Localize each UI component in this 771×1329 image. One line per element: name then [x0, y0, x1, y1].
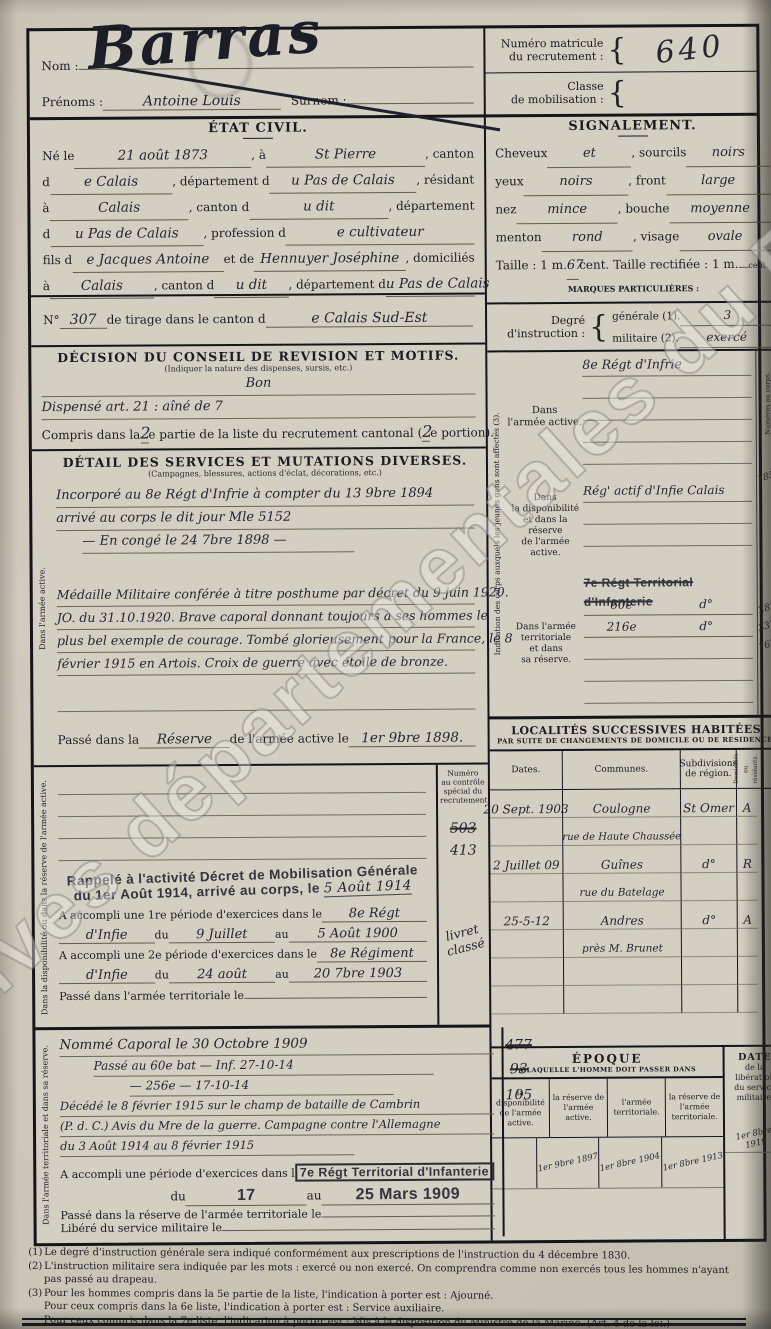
- tirage-canton: e Calais Sud-Est: [311, 310, 427, 327]
- corps-dispo-label: Dans la disponibilité et dans la réserve…: [507, 493, 583, 559]
- loc-commune: Coulogne: [593, 801, 651, 816]
- mutation-line: — 256e — 17-10-14: [130, 1075, 394, 1097]
- loc-date: 25-5-12: [504, 914, 550, 929]
- birth-departement: u Pas de Calais: [291, 172, 395, 189]
- periode1-fin: 5 Août 1900: [317, 926, 398, 941]
- printed-text: , département: [388, 194, 474, 219]
- passe-reserve-word: Réserve: [157, 731, 212, 747]
- printed-text: yeux: [495, 168, 524, 194]
- printed-text: cent.: [748, 253, 768, 279]
- printed-text: , front: [628, 167, 666, 193]
- ruled-line: [584, 659, 753, 682]
- printed-text: A accompli une période d'exercices dans …: [60, 1167, 295, 1181]
- medaille-line: plus bel exemple de courage. Tombé glori…: [57, 628, 475, 654]
- tirage-number: 307: [70, 312, 97, 328]
- epoque-col-header: l'armée territoriale.: [607, 1078, 665, 1136]
- residence-commune: Calais: [98, 200, 140, 216]
- corps-active-entries: 8e Régt d'Infrie: [582, 353, 752, 480]
- printed-text: , visage: [633, 223, 680, 249]
- printed-text: Compris dans la: [42, 428, 141, 443]
- corps-terr-entries: 7e Régt Territorial d'Infanterie 60ed° 2…: [584, 571, 754, 716]
- section-etat-civil: ÉTAT CIVIL. Né le21 août 1873, àSt Pierr…: [30, 114, 485, 295]
- section-tirage: N°307de tirage dans le canton de Calais …: [31, 292, 485, 345]
- printed-text: nez: [495, 196, 516, 222]
- medaille-line: JO. du 31.10.1920. Brave caporal donnant…: [57, 605, 475, 631]
- controle-number-struck: 477: [505, 1037, 532, 1053]
- corps-terr-block: Dans l'armée territoriale et dans sa rés…: [508, 571, 754, 716]
- nom-label: Nom :: [41, 59, 78, 73]
- localites-row: 25-5-12Andresd°A: [491, 901, 771, 931]
- printed-text: , canton: [425, 142, 474, 166]
- parents-commune: Calais: [81, 278, 123, 294]
- left-column: ÉTAT CIVIL. Né le21 août 1873, àSt Pierr…: [30, 114, 493, 1243]
- corps-main: Dans l'armée active. 8e Régt d'Infrie: [504, 351, 757, 717]
- arrivee-date: 5 Août 1914: [324, 877, 412, 897]
- unit-number: 60e: [610, 598, 632, 612]
- body-columns: ÉTAT CIVIL. Né le21 août 1873, àSt Pierr…: [30, 113, 764, 1243]
- livret-classe-note: livret classé: [438, 919, 490, 959]
- section-decision: DÉCISION DU CONSEIL DE REVISION ET MOTIF…: [31, 342, 486, 449]
- printed-text: d: [42, 222, 50, 246]
- col-header-communes: Communes.: [562, 750, 680, 789]
- periode1-regiment: 8e Régt: [349, 906, 400, 921]
- corps-entry: Rég' actif d'Infie Calais: [583, 479, 752, 503]
- residence-canton: u dit: [303, 198, 334, 214]
- printed-text: au: [275, 928, 289, 941]
- corps-number: 1858: [756, 467, 771, 485]
- instruction-generale-value: 3: [724, 308, 732, 322]
- military-record-scan: Nom : Prénoms : Antoine Louis Surnom : B…: [0, 0, 771, 1329]
- section-localites: LOCALITÉS SUCCESSIVES HABITÉES PAR SUITE…: [489, 715, 771, 1047]
- passe-reserve-date: 1er 9bre 1898.: [361, 730, 463, 747]
- decision-title: DÉCISION DU CONSEIL DE REVISION ET MOTIF…: [41, 348, 475, 366]
- service-entry: arrivé au corps le dit jour Mle 5152: [56, 506, 474, 532]
- localites-header-row: Dates. Communes. Subdivisions de région.…: [490, 750, 771, 791]
- margin-label-disponibilite: Dans la disponibilité ou dans la réserve…: [39, 780, 50, 1015]
- printed-text: , sourcils: [631, 139, 686, 165]
- birth-date: 21 août 1873: [118, 147, 209, 164]
- services-margin: Dans l'armée active.: [33, 451, 53, 765]
- printed-text: , à: [251, 143, 266, 167]
- birth-place: St Pierre: [315, 146, 376, 162]
- printed-text: militaire (2).: [612, 329, 679, 348]
- visage-value: ovale: [708, 229, 743, 244]
- ruled-line: [58, 793, 426, 817]
- periode2-debut: 24 août: [197, 967, 247, 982]
- periode2-arme: d'Infie: [86, 968, 128, 983]
- parents-departement: u Pas de Calais: [386, 275, 490, 292]
- periode1-arme: d'Infie: [86, 928, 128, 943]
- printed-text: Cheveux: [495, 140, 548, 166]
- caporal-line: Nommé Caporal le 30 Octobre 1909: [59, 1031, 493, 1057]
- corps-terr-label: Dans l'armée territoriale et dans sa rés…: [508, 622, 584, 666]
- ditto-mark: d°: [699, 597, 713, 611]
- loc-date: 2 Juillet 09: [493, 858, 560, 873]
- father-name: e Jacques Antoine: [86, 251, 209, 268]
- matricule-label: Numéro matricule du recrutement :: [491, 37, 603, 64]
- localites-row: [491, 957, 771, 987]
- section-signalement: SIGNALEMENT. Cheveuxet, sourcilsnoirs ye…: [486, 113, 771, 303]
- controle-number-struck: 93: [505, 1061, 532, 1077]
- territorial-stamp: 7e Régt Territorial d'Infanterie: [295, 1162, 494, 1181]
- nez-value: mince: [547, 202, 587, 217]
- printed-text: Né le: [42, 144, 75, 168]
- controle-special-column-2: 477 93 105: [501, 1027, 535, 1236]
- localites-row: [491, 985, 771, 1015]
- epoque-value: 1er 8bre 1913: [662, 1151, 724, 1174]
- printed-text: de l'armée active le: [230, 731, 349, 746]
- printed-text: , bouche: [618, 195, 670, 221]
- loc-subdiv: St Omer: [683, 801, 734, 816]
- brace-glyph: {: [607, 32, 626, 67]
- periode2-regiment: 8e Régiment: [330, 946, 414, 962]
- section-disponibilite: Dans la disponibilité ou dans la réserve…: [34, 762, 490, 1027]
- signalement-title: SIGNALEMENT.: [495, 118, 770, 135]
- matricule-value-cell: 640: [630, 31, 750, 67]
- loc-mark: A: [743, 801, 752, 816]
- epoque-col-header: la réserve de l'armée territoriale.: [665, 1078, 723, 1136]
- printed-text: au: [307, 1188, 322, 1202]
- etat-civil-title: ÉTAT CIVIL.: [42, 120, 474, 138]
- deces-line: du 3 Août 1914 au 8 février 1915: [60, 1135, 354, 1157]
- loc-date: 20 Sept. 1903: [483, 802, 568, 818]
- periode2-fin: 20 7bre 1903: [314, 966, 402, 982]
- ruled-line: [583, 524, 752, 547]
- medaille-line: Médaille Militaire conférée à titre post…: [57, 582, 475, 608]
- terr-main: Nommé Caporal le 30 Octobre 1909 Passé a…: [35, 1027, 502, 1239]
- mutation-line: Passé au 60e bat — Inf. 27-10-14: [94, 1055, 434, 1077]
- periode-jour-debut: 17: [237, 1187, 256, 1204]
- col-header-side: Domiciliés ou résidants.: [736, 750, 757, 788]
- printed-text: Passé dans l'armée territoriale le: [59, 989, 244, 1003]
- periode1-debut: 9 Juillet: [196, 927, 247, 942]
- corps-active-label: Dans l'armée active.: [507, 405, 583, 429]
- marques-caption: MARQUES PARTICULIÈRES :: [496, 283, 771, 295]
- medaille-line: février 1915 en Artois. Croix de guerre …: [57, 651, 475, 677]
- epoque-date-column: DATE de la libération du service militai…: [723, 1047, 771, 1239]
- printed-text: fils d: [43, 248, 73, 272]
- ruled-line: [583, 502, 752, 525]
- loc-commune: Andres: [601, 913, 644, 928]
- margin-label-armee-active: Dans l'armée active.: [38, 567, 48, 650]
- printed-text: , département d: [288, 272, 386, 297]
- loc-subdiv: d°: [702, 857, 716, 872]
- ruled-line: [583, 420, 752, 443]
- decision-line-2: Dispensé art. 21 : aîné de 7: [42, 395, 476, 421]
- loc-commune: Guînes: [601, 857, 643, 872]
- brace-glyph: {: [608, 75, 627, 110]
- loc-commune: rue de Haute Chaussée: [562, 829, 681, 845]
- corps-number: 28237: [757, 596, 771, 616]
- printed-text: , canton d: [189, 195, 250, 219]
- ruled-line: [584, 637, 753, 660]
- unit-number: 216e: [607, 620, 637, 634]
- corps-number: 1670: [757, 635, 771, 653]
- residence-departement: u Pas de Calais: [75, 225, 179, 242]
- ruled-line: [584, 681, 753, 704]
- deces-line: Décédé le 8 février 1915 sur le champ de…: [60, 1094, 494, 1117]
- section-corps: Indication des corps auxquels les jeunes…: [487, 349, 771, 717]
- corps-active-block: Dans l'armée active. 8e Régt d'Infrie: [506, 353, 752, 480]
- title-rule: [618, 135, 648, 136]
- printed-text: e partie de la liste du recrutement cant…: [148, 426, 422, 442]
- instruction-label: Degré d'instruction :: [493, 314, 585, 341]
- bouche-value: moyenne: [690, 201, 750, 216]
- classe-label: Classe de mobilisation :: [492, 80, 604, 107]
- ruled-line: [58, 837, 426, 861]
- instruction-values: générale (1).3 militaire (2).exercé: [612, 304, 771, 349]
- parents-canton: u dit: [236, 277, 267, 293]
- printed-text: au: [275, 968, 289, 981]
- loc-commune: près M. Brunet: [582, 941, 663, 956]
- taille-rectifiee-field: [739, 267, 749, 268]
- epoque-value: 1er 8bre 1904: [599, 1151, 661, 1174]
- printed-text: générale (1).: [612, 307, 680, 326]
- surnom-field: [347, 103, 474, 105]
- col-header-dates: Dates.: [490, 751, 562, 789]
- prenoms-field: Antoine Louis: [103, 90, 281, 111]
- printed-text: N°: [43, 313, 60, 327]
- dispo-main: Rappelé à l'activité Décret de Mobilisat…: [34, 765, 438, 1027]
- corps-terr-stamp-line: 7e Régt Territorial d'Infanterie: [584, 571, 753, 594]
- brace-glyph: {: [589, 309, 608, 344]
- controle-number: 105: [505, 1087, 532, 1103]
- blank-field: [244, 997, 427, 999]
- menton-value: rond: [572, 230, 603, 245]
- dispo-margin: Dans la disponibilité ou dans la réserve…: [35, 767, 55, 1027]
- title-rule: [243, 138, 273, 139]
- localites-row: rue de Haute Chaussée: [490, 817, 771, 847]
- ruled-line: [57, 688, 475, 713]
- printed-text: , domiciliés: [405, 246, 474, 270]
- ruled-line: [58, 771, 426, 795]
- decision-line-1: Bon: [41, 372, 475, 398]
- ruled-line: [583, 442, 752, 465]
- printed-text: et de: [223, 247, 254, 271]
- controle-number-struck: 503: [440, 820, 486, 836]
- instruction-militaire-value: exercé: [706, 330, 747, 344]
- terr-margin: Dans l'armée territoriale et dans sa rés…: [36, 1030, 55, 1239]
- mother-name: Hennuyer Joséphine: [260, 250, 399, 267]
- service-entry: — En congé le 24 7bre 1898 —: [82, 529, 354, 554]
- printed-text: A accompli une 1re période d'exercices d…: [59, 907, 322, 922]
- corps-dispo-entries: Rég' actif d'Infie Calais: [583, 479, 753, 572]
- corps-entry: 8e Régt d'Infrie: [582, 353, 751, 377]
- services-subtitle: (Campagnes, blessures, actions d'éclat, …: [56, 468, 474, 480]
- printed-text: du: [170, 1189, 186, 1203]
- header-identity: Nom : Prénoms : Antoine Louis Surnom : B…: [29, 28, 486, 117]
- birth-canton: e Calais: [84, 174, 138, 190]
- loc-subdiv: d°: [702, 913, 716, 928]
- printed-text: du: [154, 928, 168, 941]
- classe-row: Classe de mobilisation : {: [486, 71, 757, 114]
- printed-text: Libéré du service militaire le: [61, 1221, 222, 1235]
- ditto-mark: d°: [699, 619, 713, 633]
- mobilisation-stamp: Rappelé à l'activité Décret de Mobilisat…: [58, 862, 427, 905]
- section-instruction: Degré d'instruction : { générale (1).3 m…: [487, 301, 771, 351]
- record-sheet: Nom : Prénoms : Antoine Louis Surnom : B…: [26, 24, 766, 1246]
- printed-text: , profession d: [203, 221, 286, 246]
- printed-text: e portion).: [430, 425, 494, 439]
- blank-field: [321, 1215, 494, 1217]
- loc-mark: R: [743, 857, 752, 872]
- liberation-date-value: 1er 8bre 1919: [724, 1123, 771, 1155]
- loc-mark: A: [743, 913, 752, 928]
- loc-commune: rue du Batelage: [579, 885, 664, 901]
- epoque-value: 1er 9bre 1897: [537, 1152, 599, 1175]
- printed-text: d: [42, 170, 50, 194]
- numeros-column: Numéros au corps. 1858 28237 3376 1670: [756, 351, 771, 715]
- controle-special-column: Numéro au contrôle spécial du recrutemen…: [436, 764, 490, 1024]
- corps-number: 3376: [757, 616, 771, 634]
- ruled-line: [582, 376, 751, 399]
- matricule-row: Numéro matricule du recrutement : { 640: [485, 27, 756, 73]
- matricule-value: 640: [654, 28, 727, 70]
- section-services: Dans l'armée active. DÉTAIL DES SERVICES…: [32, 446, 488, 765]
- deces-line: (P. d. C.) Avis du Mre de la guerre. Cam…: [60, 1114, 494, 1137]
- service-entry: Incorporé au 8e Régt d'Infrie à compter …: [56, 483, 474, 509]
- controle-header: Numéro au contrôle spécial du recrutemen…: [440, 768, 486, 804]
- printed-text: de tirage dans le canton d: [107, 312, 266, 327]
- printed-text: , département d: [172, 169, 270, 194]
- localites-row: 20 Sept. 1903CoulogneSt OmerA: [490, 789, 771, 819]
- prenoms-label: Prénoms :: [42, 95, 103, 109]
- localites-row: près M. Brunet: [491, 929, 771, 959]
- ruled-line: [58, 815, 426, 839]
- yeux-value: noirs: [559, 174, 592, 189]
- profession: e cultivateur: [337, 224, 424, 241]
- printed-text: A accompli une 2e période d'exercices da…: [59, 947, 317, 962]
- ruled-line: [583, 398, 752, 421]
- printed-text: , canton d: [154, 273, 215, 297]
- printed-text: Taille : 1 m.: [496, 252, 567, 278]
- periode-fin: 25 Mars 1909: [356, 1186, 461, 1204]
- printed-text: Passé dans la réserve de l'armée territo…: [61, 1207, 322, 1222]
- footnotes: (1)Le degré d'instruction générale sera …: [28, 1246, 740, 1329]
- blank-field: [222, 1228, 494, 1231]
- front-value: large: [701, 173, 735, 188]
- localites-row: rue du Batelage: [490, 873, 771, 903]
- printed-text: du: [155, 968, 169, 981]
- header-numbers: Numéro matricule du recrutement : { 640 …: [485, 27, 757, 115]
- footnote: (2)L'instruction militaire sera indiquée…: [28, 1259, 740, 1290]
- printed-text: menton: [495, 224, 541, 250]
- printed-text: cent. Taille rectifiée : 1 m.: [579, 251, 739, 278]
- bottom-double-rule: [22, 1318, 746, 1326]
- sourcils-value: noirs: [712, 145, 745, 160]
- epoque-col-header: la réserve de l'armée active.: [549, 1079, 607, 1137]
- localites-row: 2 Juillet 09Guînesd°R: [490, 845, 771, 875]
- margin-label-corps: Indication des corps auxquels les jeunes…: [491, 413, 502, 656]
- printed-text: , résidant: [416, 168, 474, 192]
- section-territoriale: Dans l'armée territoriale et dans sa rés…: [35, 1024, 490, 1239]
- numeros-column-label: Numéros au corps.: [764, 353, 771, 455]
- header: Nom : Prénoms : Antoine Louis Surnom : B…: [29, 27, 757, 120]
- col-header-subdivisions: Subdivisions de région.: [680, 750, 736, 788]
- printed-text: Passé dans la: [58, 733, 140, 747]
- controle-number: 413: [440, 842, 486, 858]
- classe-value-cell: [631, 92, 751, 93]
- corps-dispo-block: Dans la disponibilité et dans la réserve…: [507, 479, 753, 572]
- cheveux-value: et: [583, 146, 596, 161]
- margin-label-territoriale: Dans l'armée territoriale et dans sa rés…: [41, 1045, 52, 1225]
